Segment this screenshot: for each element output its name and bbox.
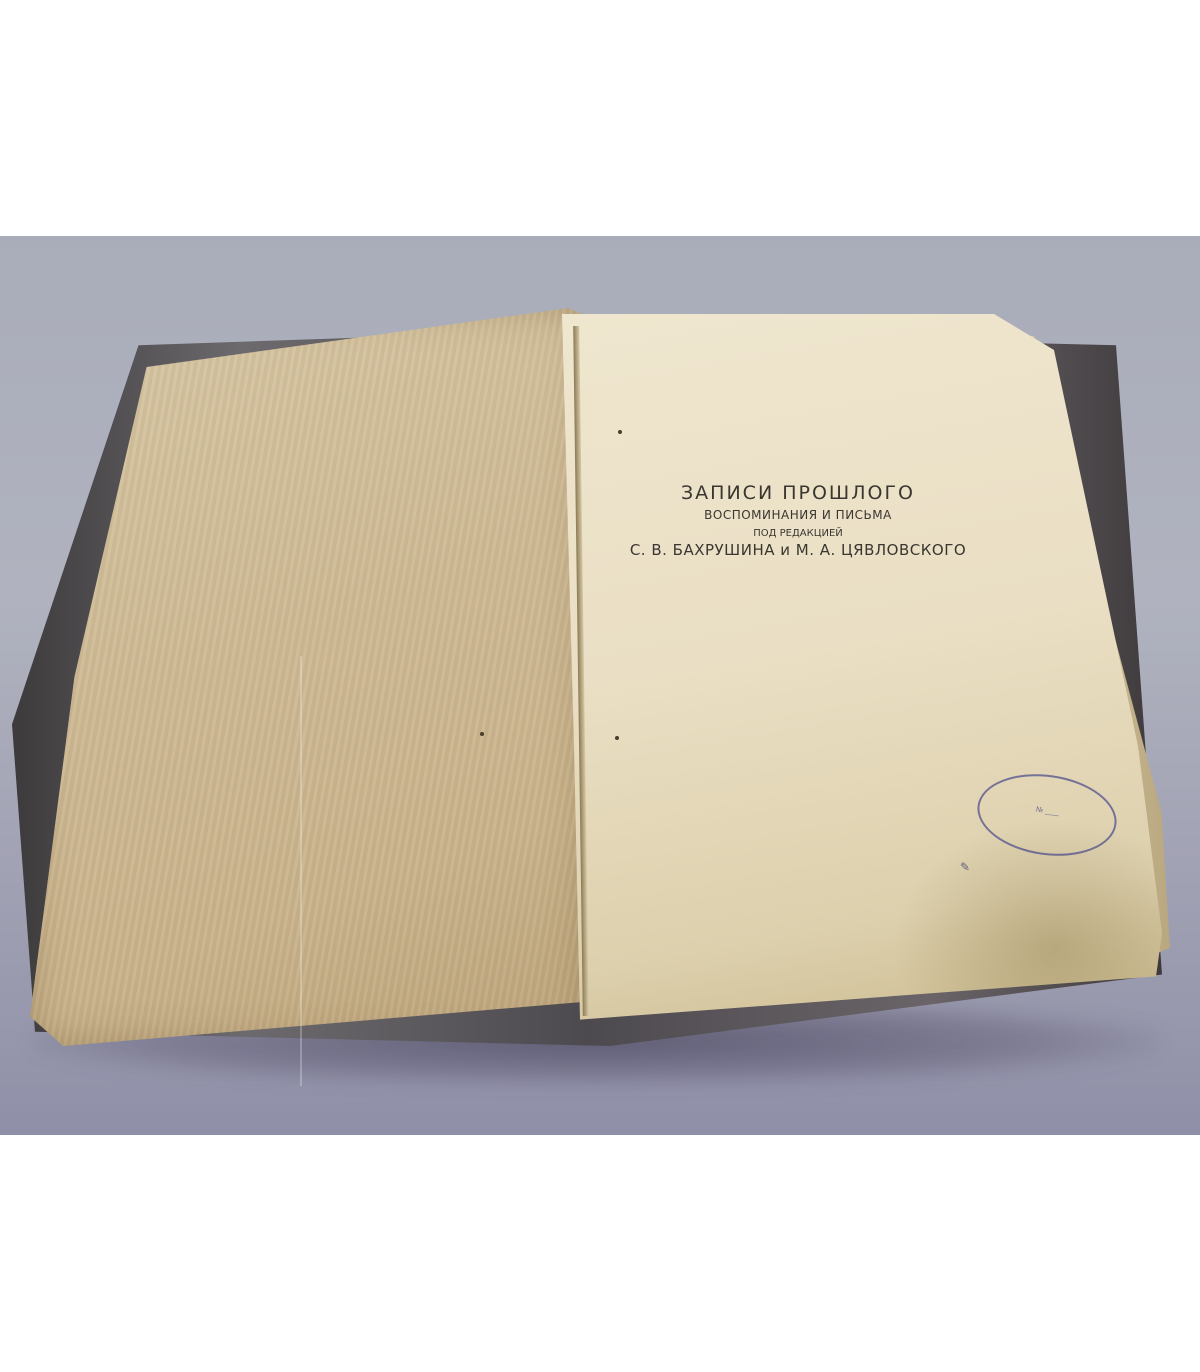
title-page-text: ЗАПИСИ ПРОШЛОГО ВОСПОМИНАНИЯ И ПИСЬМА ПО…: [608, 236, 988, 559]
paper-spot: [615, 736, 619, 740]
paper-spot: [480, 732, 484, 736]
pencil-mark: ✎: [960, 860, 982, 876]
book-subtitle: ВОСПОМИНАНИЯ И ПИСЬМА: [608, 508, 988, 522]
editor-label: ПОД РЕДАКЦИЕЙ: [608, 528, 988, 539]
book-editors: С. В. БАХРУШИНА и М. А. ЦЯВЛОВСКОГО: [608, 541, 988, 559]
left-endpaper: [30, 308, 585, 1046]
book-title: ЗАПИСИ ПРОШЛОГО: [608, 482, 988, 504]
page-crease: [300, 656, 302, 1086]
book-photo: [0, 236, 1200, 1135]
stamp-number: № ____: [980, 798, 1116, 825]
